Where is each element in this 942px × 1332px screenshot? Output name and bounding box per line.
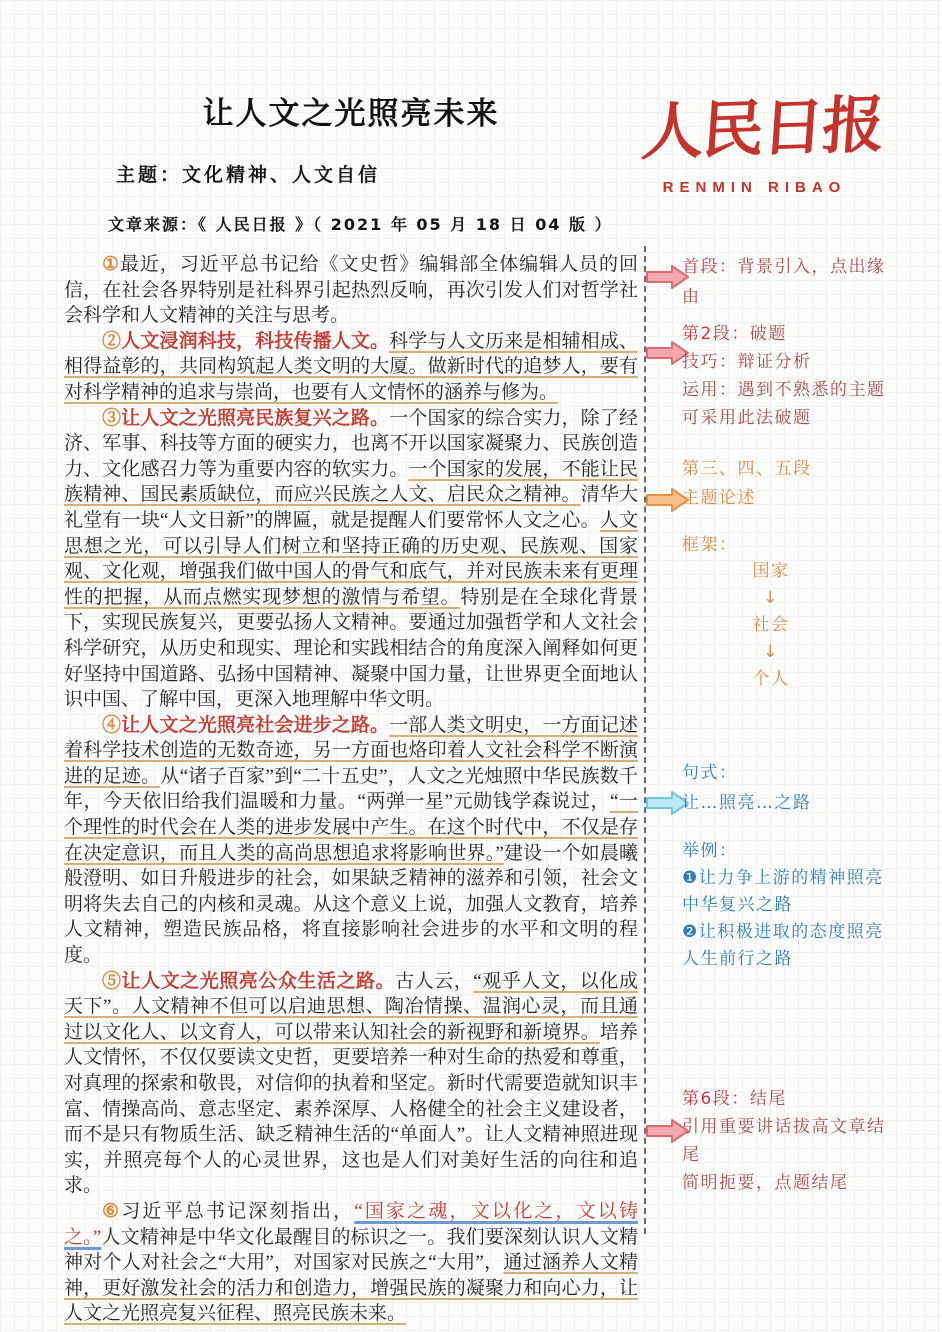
paragraph-2: ②人文浸润科技，科技传播人文。科学与人文历来是相辅相成、相得益彰的，共同构筑起人…: [64, 329, 638, 406]
annotation-second-paragraph: 第2段：破题 技巧：辩证分析 运用：遇到不熟悉的主题可采用此法破题: [682, 320, 892, 432]
paragraph-number: ⑥: [102, 1201, 121, 1222]
paragraph-lead-red: 让人文之光照亮公众生活之路。: [122, 971, 396, 992]
paragraph-3: ③让人文之光照亮民族复兴之路。一个国家的综合实力，除了经济、军事、科技等方面的硬…: [64, 406, 638, 713]
annotation-line: 主题论述: [682, 484, 902, 513]
annotation-example: ❷让积极进取的态度照亮人生前行之路: [682, 919, 900, 973]
paragraph-lead-red: 让人文之光照亮社会进步之路。: [121, 715, 389, 736]
annotation-sixth-paragraph: 第6段：结尾 引用重要讲话拔高文章结尾 简明扼要，点题结尾: [682, 1085, 900, 1197]
paragraph-1: ①最近，习近平总书记给《文史哲》编辑部全体编辑人员的回信，在社会各界特别是社科界…: [64, 252, 638, 329]
paragraph-number: ④: [102, 715, 121, 736]
logo-romanized-text: RENMIN RIBAO: [642, 179, 867, 196]
paragraph-number: ②: [102, 331, 121, 352]
annotation-examples: 举例： ❶让力争上游的精神照亮中华复兴之路 ❷让积极进取的态度照亮人生前行之路: [682, 838, 900, 973]
paragraph-5: ⑤让人文之光照亮公众生活之路。古人云，“观乎人文，以化成天下”。人文精神不但可以…: [64, 969, 638, 1199]
annotation-label: 第6段：: [682, 1089, 750, 1109]
annotation-line: 句式：: [682, 758, 902, 788]
annotation-text: 结尾: [750, 1089, 787, 1109]
paragraph-lead-red: 让人文之光照亮民族复兴之路。: [121, 408, 389, 429]
chain-item: 国家: [716, 558, 826, 585]
paragraph-number: ⑤: [102, 971, 122, 992]
annotation-label: 首段：: [682, 257, 738, 277]
logo-calligraphy-text: 人民日报: [638, 80, 870, 181]
annotation-sentence-pattern: 句式： 让…照亮…之路: [682, 758, 902, 818]
down-arrow-icon: ↓: [716, 639, 826, 666]
annotation-line: 第6段：结尾: [682, 1085, 900, 1113]
annotated-article-page: 让人文之光照亮未来 人民日报 RENMIN RIBAO 主题：文化精神、人文自信…: [0, 0, 942, 1332]
chain-item: 社会: [716, 612, 826, 639]
annotation-label: 第2段：: [682, 324, 750, 344]
annotation-frame-label: 框架：: [682, 530, 738, 555]
body-text: 习近平总书记深刻指出，: [121, 1201, 354, 1222]
annotation-paragraphs-3-4-5: 第三、四、五段 主题论述: [682, 455, 902, 513]
annotation-line: 让…照亮…之路: [682, 788, 902, 818]
paragraph-number: ①: [102, 254, 120, 275]
chain-item: 个人: [716, 666, 826, 693]
body-text: 最近，习近平总书记给《文史哲》编辑部全体编辑人员的回信，在社会各界特别是社科界引…: [64, 254, 638, 326]
dashed-divider: [644, 246, 646, 1234]
paragraph-number: ③: [102, 408, 121, 429]
annotation-line: 第三、四、五段: [682, 455, 902, 484]
annotation-first-paragraph: 首段：背景引入，点出缘由: [682, 252, 887, 312]
annotation-line: 引用重要讲话拔高文章结尾: [682, 1113, 900, 1169]
annotation-line: 举例：: [682, 838, 900, 865]
annotation-line: 运用：遇到不熟悉的主题可采用此法破题: [682, 376, 892, 432]
body-text: 培养人文情怀，不仅仅要读文史哲，更要培养一种对生命的热爱和尊重，对真理的探索和敬…: [64, 1022, 638, 1197]
paragraph-6: ⑥习近平总书记深刻指出，“国家之魂，文以化之，文以铸之。”人文精神是中华文化最醒…: [64, 1199, 638, 1327]
article-body: ①最近，习近平总书记给《文史哲》编辑部全体编辑人员的回信，在社会各界特别是社科界…: [64, 252, 638, 1327]
renmin-ribao-logo: 人民日报 RENMIN RIBAO: [642, 84, 867, 196]
paragraph-4: ④让人文之光照亮社会进步之路。一部人类文明史，一方面记述着科学技术创造的无数奇迹…: [64, 713, 638, 969]
down-arrow-icon: ↓: [716, 585, 826, 612]
topic-line: 主题：文化精神、人文自信: [116, 160, 380, 187]
body-text: 古人云，: [395, 971, 473, 992]
page-title: 让人文之光照亮未来: [64, 88, 638, 133]
paragraph-lead-red: 人文浸润科技，科技传播人文。: [121, 331, 389, 352]
annotation-frame-chain: 国家 ↓ 社会 ↓ 个人: [716, 558, 826, 693]
source-line: 文章来源：《 人民日报 》（ 2021 年 05 月 18 日 04 版 ）: [108, 212, 613, 235]
annotation-line: 简明扼要，点题结尾: [682, 1169, 900, 1197]
annotation-example: ❶让力争上游的精神照亮中华复兴之路: [682, 865, 900, 919]
annotation-text: 破题: [750, 324, 787, 344]
annotation-line: 技巧：辩证分析: [682, 348, 892, 376]
annotation-line: 第2段：破题: [682, 320, 892, 348]
